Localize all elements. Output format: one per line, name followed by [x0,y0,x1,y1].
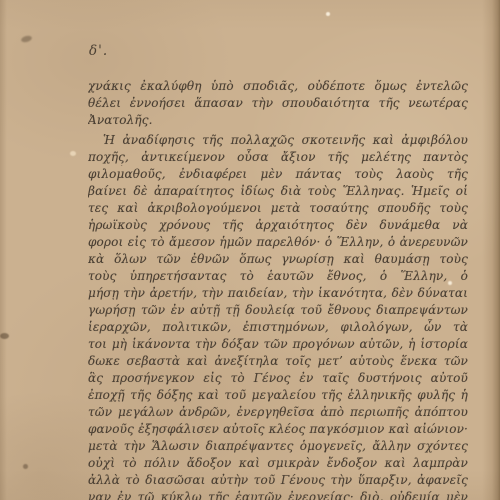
text-line: τοὺς ὑπηρετήσαντας τὸ ἑαυτῶν ἔθνος, ὁ Ἕλ… [88,268,468,285]
text-line: Ἡ ἀναδίφησις τῆς πολλαχῶς σκοτεινῆς καὶ … [88,132,468,149]
text-line: ναν ἐν τῷ κύκλῳ τῆς ἑαυτῶν ἐνεργείας· δι… [88,489,468,500]
text-line: φανοῦς ἐξησφάλισεν αὐτοῖς κλέος παγκόσμι… [88,421,468,438]
text-line: ἐποχῇ τῆς δόξης καὶ τοῦ μεγαλείου τῆς ἑλ… [88,387,468,404]
text-line: μήσῃ τὴν ἀρετήν, τὴν παιδείαν, τὴν ἱκανό… [88,285,468,302]
page-left-edge-shading [0,0,7,500]
paper-speck [70,151,76,156]
paragraph: Ἡ ἀναδίφησις τῆς πολλαχῶς σκοτεινῆς καὶ … [88,132,468,500]
scanned-book-page: δ'. χνάκις ἐκαλύφθη ὑπὸ σποδιᾶς, οὐδέποτ… [0,0,500,500]
text-line: ἡρωϊκοὺς χρόνους τῆς ἀρχαιότητος δὲν δυν… [88,217,468,234]
text-line: οὐχὶ τὸ πόλιν ἄδοξον καὶ σμικρὰν ἔνδοξον… [88,455,468,472]
text-line: φιλομαθοῦς, ἐνδιαφέρει μὲν πάντας τοὺς λ… [88,166,468,183]
paper-speck [20,35,32,44]
text-line: ποχῆς, ἀντικείμενον οὖσα ἄξιον τῆς μελέτ… [88,149,468,166]
paper-speck [0,333,9,339]
text-line: θέλει ἐννοήσει ἅπασαν τὴν σπουδαιότητα τ… [88,95,468,112]
text-line: φοροι εἰς τὸ ἄμεσον ἡμῶν παρελθόν· ὁ Ἕλλ… [88,234,468,251]
text-line: τες καὶ ἀκριβολογούμενοι μετὰ τοσαύτης σ… [88,200,468,217]
text-line: δωκε σεβαστὰ καὶ ἀνεξίτηλα τοῖς μετ’ αὐτ… [88,353,468,370]
page-right-edge-shading [482,0,500,500]
text-line: κὰ ὅλων τῶν ἐθνῶν ὅπως γνωρίσῃ καὶ θαυμά… [88,251,468,268]
text-line: Ἀνατολῆς. [88,112,468,129]
text-line: τοι μὴ ἱκάνοντα τὴν δόξαν τῶν προγόνων α… [88,336,468,353]
text-line: ἃς προσήνεγκον εἰς τὸ Γένος ἐν ταῖς δυστ… [88,370,468,387]
text-line: ἀλλὰ τὸ διασῶσαι αὐτὴν τοῦ Γένους τὴν ὕπ… [88,472,468,489]
text-line: γωρήσῃ τῶν ἐν αὐτῇ τῇ δουλείᾳ τοῦ ἔθνους… [88,302,468,319]
text-line: τῶν μεγάλων ἀνδρῶν, ἐνεργηθεῖσα ἀπὸ περι… [88,404,468,421]
text-line: βαίνει δὲ ἀπαραίτητος ἰδίως διὰ τοὺς Ἕλλ… [88,183,468,200]
paper-speck [326,12,330,16]
paragraph: χνάκις ἐκαλύφθη ὑπὸ σποδιᾶς, οὐδέποτε ὅμ… [88,78,468,129]
paper-speck [23,464,28,469]
text-line: χνάκις ἐκαλύφθη ὑπὸ σποδιᾶς, οὐδέποτε ὅμ… [88,78,468,95]
text-block: χνάκις ἐκαλύφθη ὑπὸ σποδιᾶς, οὐδέποτε ὅμ… [88,78,468,500]
text-line: ἱεραρχῶν, πολιτικῶν, ἐπιστημόνων, φιλολό… [88,319,468,336]
text-line: μετὰ τὴν Ἅλωσιν διαπρέψαντες ὁμογενεῖς, … [88,438,468,455]
page-number: δ'. [89,43,108,59]
